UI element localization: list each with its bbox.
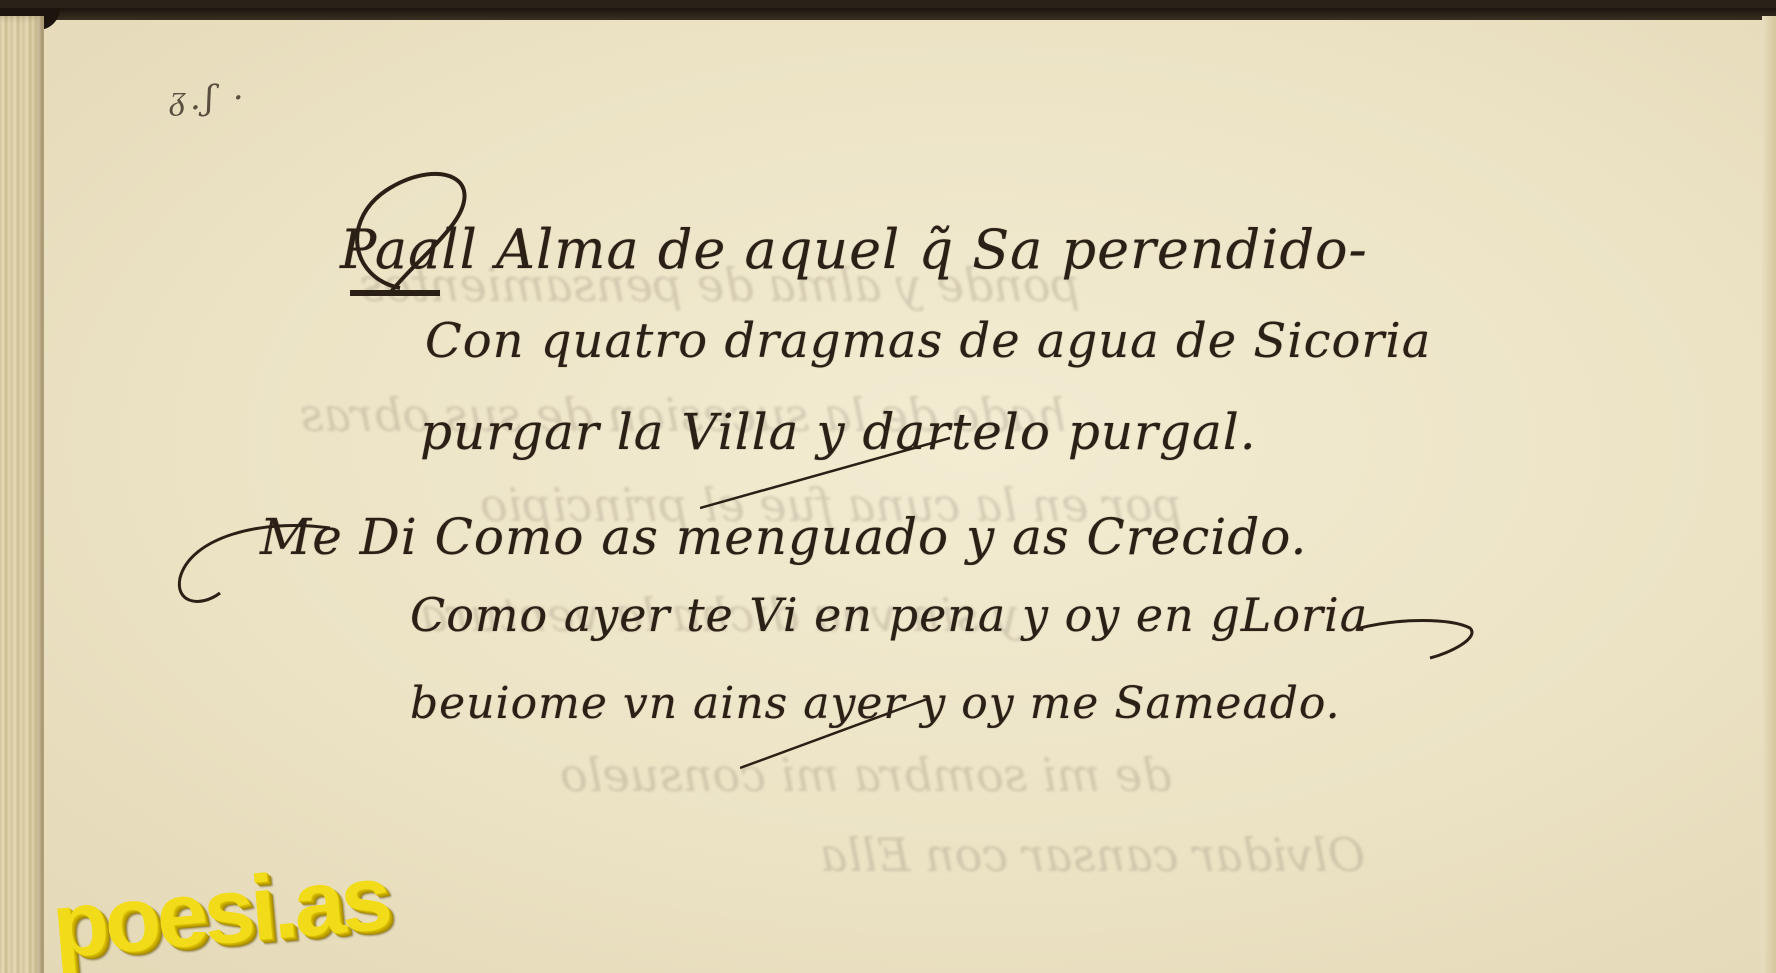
manuscript-line-4: Me Di Como as menguado y as Crecido. <box>260 508 1307 566</box>
line-end-flourish-icon <box>1360 598 1480 668</box>
manuscript-line-2: Con quatro dragmas de agua de Sicoria <box>425 313 1431 369</box>
book-binding-edge <box>0 16 44 973</box>
page-top-edge-shadow <box>0 8 1776 20</box>
poesias-watermark-logo: poesi.as <box>48 846 392 973</box>
folio-mark: ᵹ.ʃ · <box>170 78 248 118</box>
manuscript-line-3: purgar la Villa y dartelo purgal. <box>420 403 1257 461</box>
manuscript-line-5: Como ayer te Vi en pena y oy en gLoria <box>410 588 1368 642</box>
manuscript-line-1: Paall Alma de aquel q̃ Sa perendido- <box>340 218 1368 281</box>
manuscript-page: ponde y alma de pensamientos hado de la … <box>0 8 1776 973</box>
bleed-through-line: Olvidar cansar con Ella <box>820 828 1365 882</box>
manuscript-line-6: beuiome vn ains ayer y oy me Sameado. <box>410 678 1341 729</box>
page-right-edge <box>1762 16 1776 973</box>
